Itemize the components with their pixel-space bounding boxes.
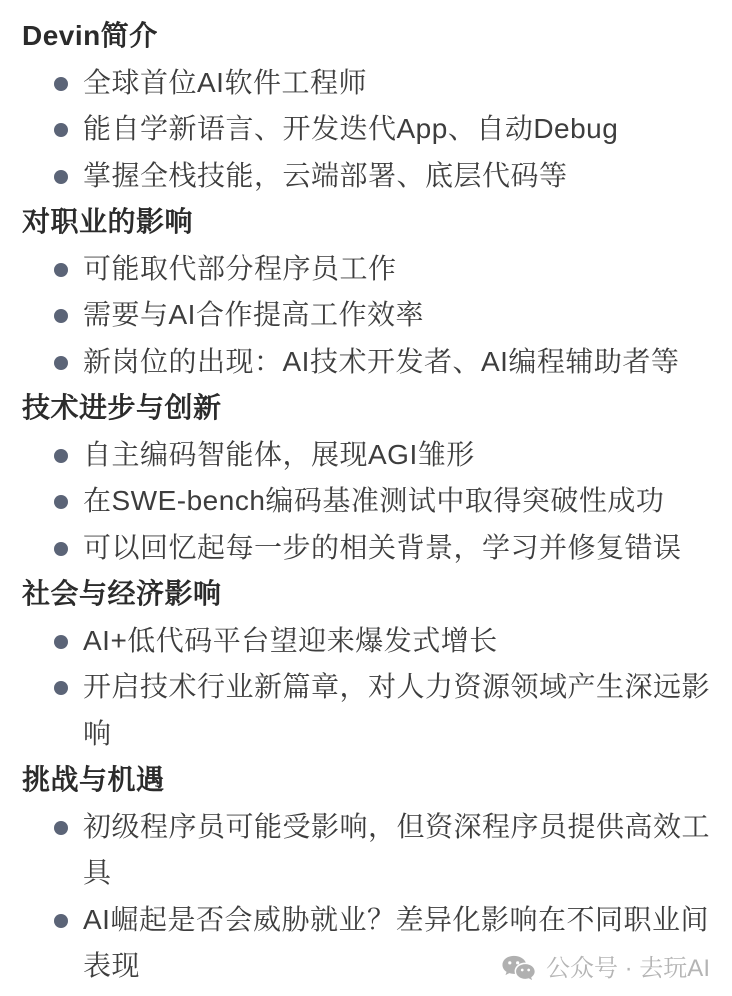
list-item-text: 新岗位的出现：AI技术开发者、AI编程辅助者等 (83, 339, 730, 386)
list-item-text: 可以回忆起每一步的相关背景，学习并修复错误 (83, 525, 730, 572)
list-item: 新岗位的出现：AI技术开发者、AI编程辅助者等 (22, 339, 730, 386)
bullet-list: 全球首位AI软件工程师 能自学新语言、开发迭代App、自动Debug 掌握全栈技… (22, 60, 730, 200)
list-item: 可能取代部分程序员工作 (22, 246, 730, 293)
list-item: 自主编码智能体，展现AGI雏形 (22, 432, 730, 479)
bullet-icon (54, 123, 68, 137)
list-item: 全球首位AI软件工程师 (22, 60, 730, 107)
section-tech-innovation: 技术进步与创新 自主编码智能体，展现AGI雏形 在SWE-bench编码基准测试… (22, 385, 730, 571)
bullet-icon (54, 914, 68, 928)
wechat-icon (502, 955, 536, 983)
bullet-icon (54, 681, 68, 695)
section-social-economic: 社会与经济影响 AI+低代码平台望迎来爆发式增长 开启技术行业新篇章，对人力资源… (22, 571, 730, 757)
list-item: 掌握全栈技能，云端部署、底层代码等 (22, 153, 730, 200)
list-item-text: 可能取代部分程序员工作 (83, 246, 730, 293)
list-item-text: 自主编码智能体，展现AGI雏形 (83, 432, 730, 479)
bullet-icon (54, 309, 68, 323)
list-item-text: 能自学新语言、开发迭代App、自动Debug (83, 106, 730, 153)
bullet-icon (54, 449, 68, 463)
list-item: 需要与AI合作提高工作效率 (22, 292, 730, 339)
bullet-icon (54, 263, 68, 277)
bullet-icon (54, 77, 68, 91)
section-heading: 对职业的影响 (22, 199, 730, 246)
bullet-icon (54, 495, 68, 509)
list-item: 开启技术行业新篇章，对人力资源领域产生深远影响 (22, 664, 730, 757)
notes-document: Devin简介 全球首位AI软件工程师 能自学新语言、开发迭代App、自动Deb… (0, 0, 732, 996)
list-item-text: 开启技术行业新篇章，对人力资源领域产生深远影响 (83, 664, 730, 757)
section-career-impact: 对职业的影响 可能取代部分程序员工作 需要与AI合作提高工作效率 新岗位的出现：… (22, 199, 730, 385)
bullet-icon (54, 170, 68, 184)
section-heading: 技术进步与创新 (22, 385, 730, 432)
bullet-icon (54, 635, 68, 649)
list-item-text: 初级程序员可能受影响，但资深程序员提供高效工具 (83, 804, 730, 897)
bullet-icon (54, 542, 68, 556)
list-item-text: 需要与AI合作提高工作效率 (83, 292, 730, 339)
bullet-list: AI+低代码平台望迎来爆发式增长 开启技术行业新篇章，对人力资源领域产生深远影响 (22, 618, 730, 758)
bullet-list: 自主编码智能体，展现AGI雏形 在SWE-bench编码基准测试中取得突破性成功… (22, 432, 730, 572)
bullet-icon (54, 821, 68, 835)
list-item: 初级程序员可能受影响，但资深程序员提供高效工具 (22, 804, 730, 897)
list-item: 能自学新语言、开发迭代App、自动Debug (22, 106, 730, 153)
bullet-icon (54, 356, 68, 370)
list-item-text: AI+低代码平台望迎来爆发式增长 (83, 618, 730, 665)
watermark: 公众号 · 去玩AI (502, 954, 710, 984)
section-heading: 挑战与机遇 (22, 757, 730, 804)
section-heading: 社会与经济影响 (22, 571, 730, 618)
list-item: AI+低代码平台望迎来爆发式增长 (22, 618, 730, 665)
section-heading: Devin简介 (22, 13, 730, 60)
list-item-text: 全球首位AI软件工程师 (83, 60, 730, 107)
section-devin-intro: Devin简介 全球首位AI软件工程师 能自学新语言、开发迭代App、自动Deb… (22, 13, 730, 199)
watermark-text: 公众号 · 去玩AI (546, 954, 710, 984)
list-item-text: 在SWE-bench编码基准测试中取得突破性成功 (83, 478, 730, 525)
list-item-text: 掌握全栈技能，云端部署、底层代码等 (83, 153, 730, 200)
list-item: 可以回忆起每一步的相关背景，学习并修复错误 (22, 525, 730, 572)
list-item: 在SWE-bench编码基准测试中取得突破性成功 (22, 478, 730, 525)
bullet-list: 可能取代部分程序员工作 需要与AI合作提高工作效率 新岗位的出现：AI技术开发者… (22, 246, 730, 386)
